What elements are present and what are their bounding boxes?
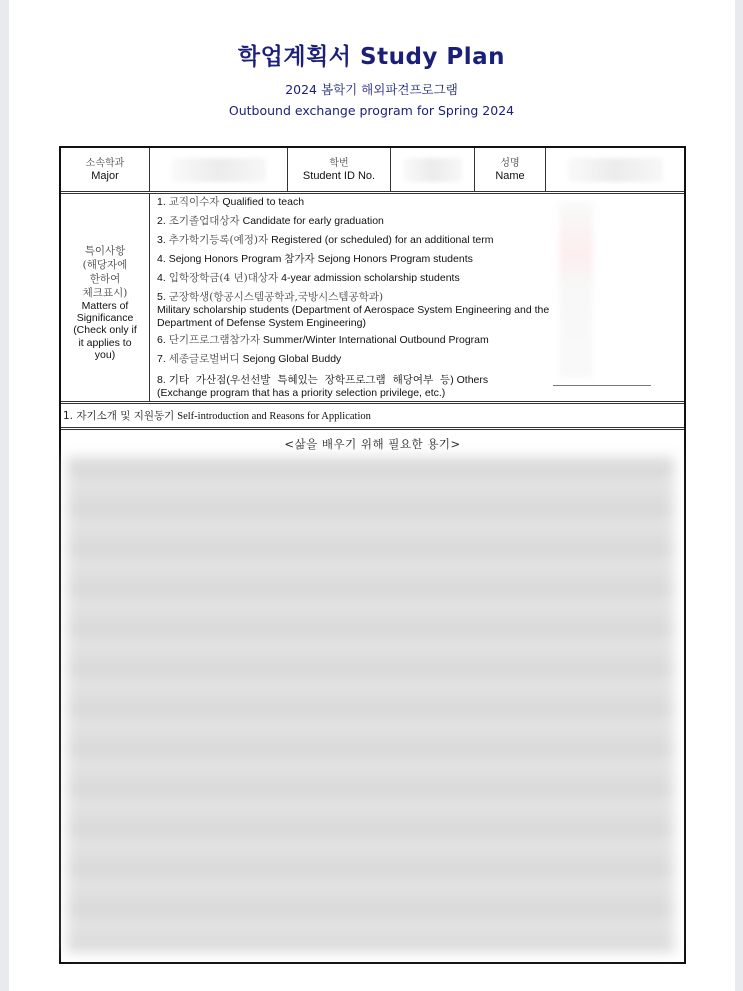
- section-heading-row: 1. 자기소개 및 지원동기 Self-introduction and Rea…: [61, 404, 684, 430]
- sig-label-en-5: you): [95, 349, 115, 361]
- document-title: 학업계획서 Study Plan: [0, 38, 743, 71]
- item-label-en: Summer/Winter International Outbound Pro…: [263, 334, 489, 346]
- item-label-kr: 세종글로벌버디: [169, 353, 240, 365]
- sig-label-en-4: it applies to: [78, 337, 131, 349]
- item-label-kr: 교직이수자: [169, 196, 220, 208]
- significance-list: 1. 교직이수자 Qualified to teach 2. 조기졸업대상자 C…: [157, 196, 557, 406]
- redacted-student-id-value: [403, 158, 461, 182]
- item-label-en: Sejong Global Buddy: [243, 353, 342, 365]
- significance-item[interactable]: 4. Sejong Honors Program 참가자 Sejong Hono…: [157, 253, 557, 266]
- item-label-en: Candidate for early graduation: [243, 215, 384, 227]
- major-field[interactable]: [150, 148, 288, 191]
- item-label-en: Sejong Honors Program students: [318, 253, 473, 265]
- redacted-name-value: [567, 158, 664, 182]
- sig-label-kr-3: 한하여: [90, 272, 120, 286]
- essay-area[interactable]: <삶을 배우기 위해 필요한 용기>: [61, 430, 684, 962]
- item-label-en-detail: (Exchange program that has a priority se…: [157, 387, 445, 399]
- significance-item[interactable]: 6. 단기프로그램참가자 Summer/Winter International…: [157, 334, 557, 347]
- item-label-kr: 조기졸업대상자: [169, 215, 240, 227]
- item-label-en: Others: [457, 374, 489, 386]
- section-heading: 1. 자기소개 및 지원동기 Self-introduction and Rea…: [63, 408, 371, 423]
- document-subtitle-en: Outbound exchange program for Spring 202…: [0, 103, 743, 118]
- item-label-en: 4-year admission scholarship students: [281, 272, 460, 284]
- item-number: 8.: [157, 374, 166, 386]
- sig-label-kr-4: 체크표시): [83, 286, 128, 300]
- item-label-kr: 입학장학금(4 년)대상자: [169, 272, 279, 284]
- section-heading-en: Self-introduction and Reasons for Applic…: [177, 411, 371, 422]
- significance-item[interactable]: 2. 조기졸업대상자 Candidate for early graduatio…: [157, 215, 557, 228]
- major-label: 소속학과 Major: [61, 148, 150, 191]
- section-heading-kr: 1. 자기소개 및 지원동기: [63, 410, 174, 422]
- significance-item[interactable]: 3. 추가학기등록(예정)자 Registered (or scheduled)…: [157, 234, 557, 247]
- item-number: 4.: [157, 272, 166, 284]
- student-id-label-kr: 학번: [329, 157, 348, 170]
- sig-label-kr-1: 특이사항: [85, 244, 126, 258]
- redacted-major-value: [171, 158, 267, 182]
- student-id-label-en: Student ID No.: [303, 170, 375, 183]
- redacted-essay-body: [67, 456, 674, 952]
- item-number: 1.: [157, 196, 166, 208]
- item-number: 3.: [157, 234, 166, 246]
- item-label-kr: 군장학생(항공시스템공학과,국방시스템공학과): [169, 291, 383, 303]
- significance-item[interactable]: 1. 교직이수자 Qualified to teach: [157, 196, 557, 209]
- item-label-kr: Sejong Honors Program 참가자: [169, 253, 315, 265]
- name-label-kr: 성명: [500, 157, 519, 170]
- item-label-en: Registered (or scheduled) for an additio…: [271, 234, 493, 246]
- significance-item[interactable]: 4. 입학장학금(4 년)대상자 4-year admission schola…: [157, 272, 557, 285]
- significance-row: 특이사항 (해당자에 한하여 체크표시) Matters of Signific…: [61, 194, 684, 404]
- significance-item[interactable]: 8. 기타 가산점(우선선발 특혜있는 장학프로그램 해당여부 등) Other…: [157, 374, 542, 400]
- study-plan-form: 소속학과 Major 학번 Student ID No. 성명 Name 특이사…: [59, 146, 686, 964]
- document-subtitle-kr: 2024 봄학기 해외파견프로그램: [0, 80, 743, 98]
- name-label: 성명 Name: [475, 148, 546, 191]
- student-id-label: 학번 Student ID No.: [288, 148, 391, 191]
- essay-title: <삶을 배우기 위해 필요한 용기>: [61, 436, 684, 452]
- item-label-en: Qualified to teach: [222, 196, 304, 208]
- item-number: 6.: [157, 334, 166, 346]
- student-id-field[interactable]: [391, 148, 475, 191]
- redacted-checkmarks: [559, 202, 593, 378]
- significance-item[interactable]: 7. 세종글로벌버디 Sejong Global Buddy: [157, 353, 557, 366]
- sig-label-en-2: Significance: [77, 312, 134, 324]
- significance-item[interactable]: 5. 군장학생(항공시스템공학과,국방시스템공학과) Military scho…: [157, 291, 557, 330]
- item-label-kr: 단기프로그램참가자: [169, 334, 260, 346]
- info-row: 소속학과 Major 학번 Student ID No. 성명 Name: [61, 148, 684, 194]
- name-label-en: Name: [495, 170, 524, 183]
- others-input-line[interactable]: [553, 385, 651, 386]
- major-label-en: Major: [91, 170, 119, 183]
- item-label-en: Military scholarship students (Departmen…: [157, 304, 549, 329]
- item-label-kr: 추가학기등록(예정)자: [169, 234, 268, 246]
- item-label-kr: 기타 가산점(우선선발 특혜있는 장학프로그램 해당여부 등): [169, 374, 454, 386]
- item-number: 5.: [157, 291, 166, 303]
- item-number: 4.: [157, 253, 166, 265]
- name-field[interactable]: [546, 148, 684, 191]
- major-label-kr: 소속학과: [86, 157, 125, 170]
- sig-label-kr-2: (해당자에: [83, 258, 128, 272]
- item-number: 7.: [157, 353, 166, 365]
- item-number: 2.: [157, 215, 166, 227]
- significance-label: 특이사항 (해당자에 한하여 체크표시) Matters of Signific…: [61, 194, 150, 401]
- sig-label-en-1: Matters of: [82, 300, 129, 312]
- sig-label-en-3: (Check only if: [73, 324, 137, 336]
